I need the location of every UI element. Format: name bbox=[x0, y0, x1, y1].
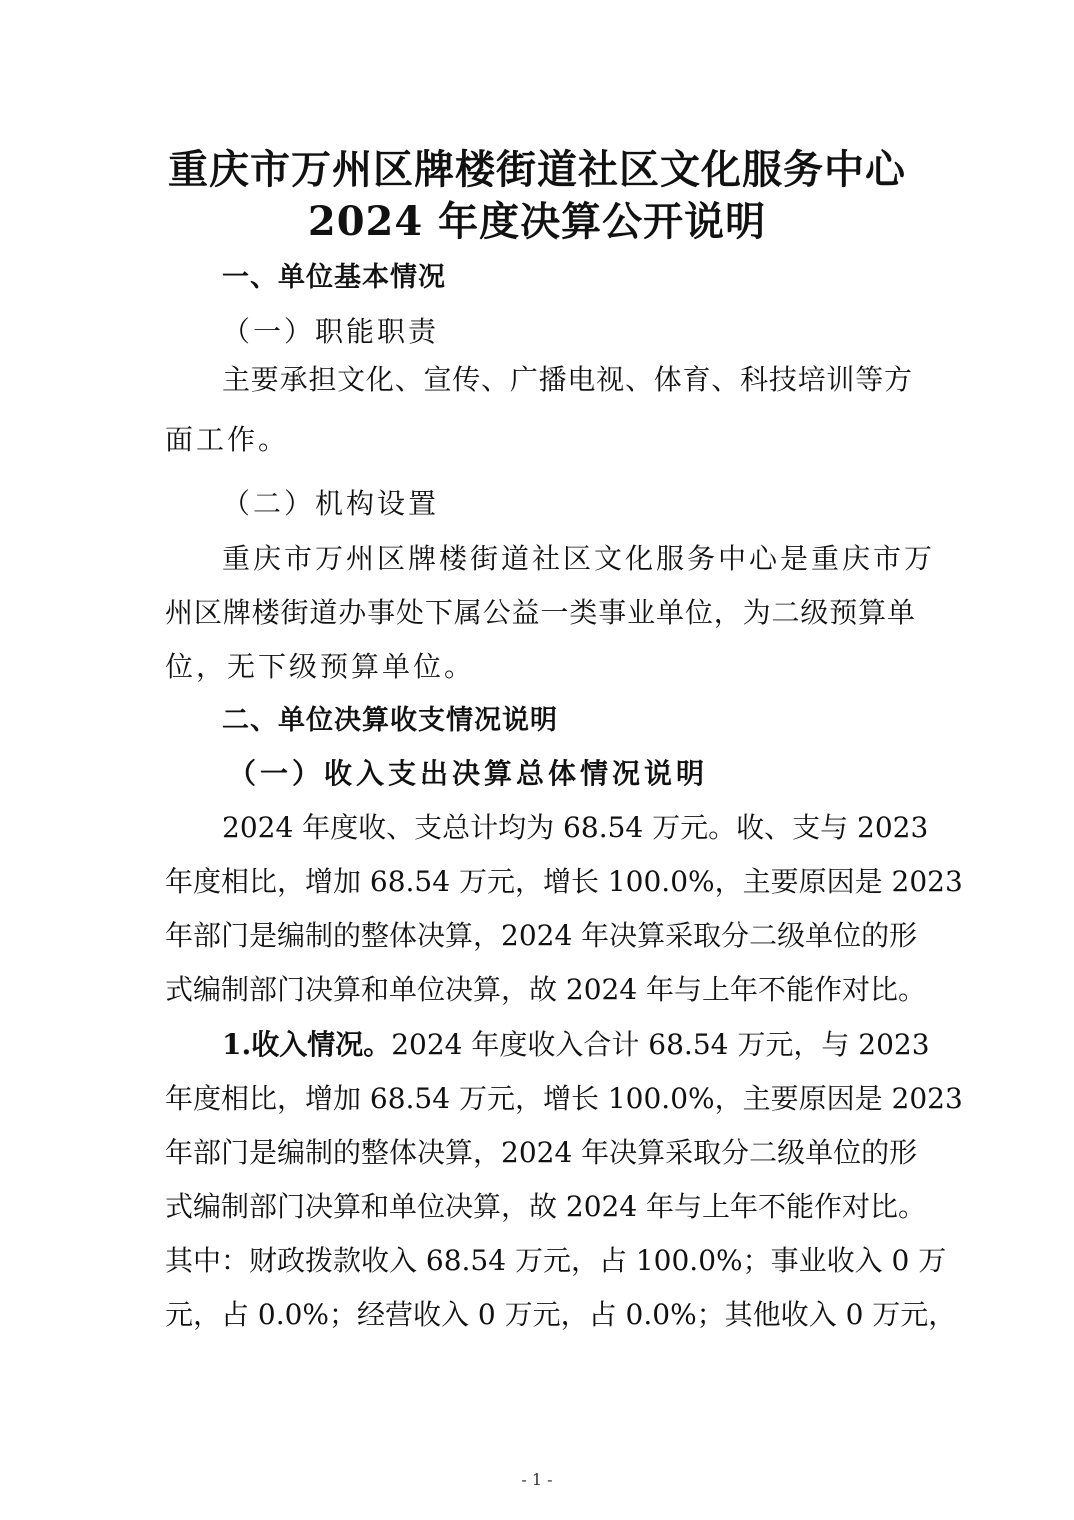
document-title-line1: 重庆市万州区牌楼街道社区文化服务中心 bbox=[0, 138, 1074, 195]
section-heading-2: 二、单位决算收支情况说明 bbox=[222, 698, 972, 737]
section-heading-1: 一、单位基本情况 bbox=[222, 255, 972, 294]
subheading-overview: （一）收入支出决算总体情况说明 bbox=[228, 752, 978, 792]
paragraph-line: 年部门是编制的整体决算，2024 年决算采取分二级单位的形 bbox=[165, 1131, 915, 1171]
paragraph-line: 2024 年度收、支总计均为 68.54 万元。收、支与 2023 bbox=[222, 806, 912, 846]
paragraph-line: 重庆市万州区牌楼街道社区文化服务中心是重庆市万 bbox=[222, 537, 972, 577]
income-lead: 1.收入情况。 bbox=[222, 1023, 391, 1063]
paragraph-line: 元，占 0.0%；经营收入 0 万元，占 0.0%；其他收入 0 万元， bbox=[165, 1293, 915, 1333]
paragraph-line: 其中：财政拨款收入 68.54 万元，占 100.0%；事业收入 0 万 bbox=[165, 1239, 915, 1279]
paragraph-line: 位，无下级预算单位。 bbox=[165, 645, 915, 685]
paragraph-line: 式编制部门决算和单位决算，故 2024 年与上年不能作对比。 bbox=[165, 968, 915, 1008]
paragraph-line: 年度相比，增加 68.54 万元，增长 100.0%，主要原因是 2023 bbox=[165, 1077, 915, 1117]
paragraph-line: 面工作。 bbox=[165, 418, 915, 458]
paragraph-line: 式编制部门决算和单位决算，故 2024 年与上年不能作对比。 bbox=[165, 1185, 915, 1225]
paragraph-line: 年部门是编制的整体决算，2024 年决算采取分二级单位的形 bbox=[165, 914, 915, 954]
paragraph-line: 主要承担文化、宣传、广播电视、体育、科技培训等方 bbox=[222, 358, 912, 398]
paragraph-line: 年度相比，增加 68.54 万元，增长 100.0%，主要原因是 2023 bbox=[165, 860, 915, 900]
document-title-line2: 2024 年度决算公开说明 bbox=[0, 190, 1074, 247]
page-number: - 1 - bbox=[0, 1470, 1074, 1489]
paragraph-line: 1.收入情况。 2024 年度收入合计 68.54 万元，与 2023 bbox=[222, 1023, 892, 1063]
subheading-organization: （二）机构设置 bbox=[222, 482, 972, 522]
income-text: 2024 年度收入合计 68.54 万元，与 2023 bbox=[391, 1023, 929, 1063]
subheading-functions: （一）职能职责 bbox=[222, 310, 972, 350]
paragraph-line: 州区牌楼街道办事处下属公益一类事业单位，为二级预算单 bbox=[165, 591, 915, 631]
